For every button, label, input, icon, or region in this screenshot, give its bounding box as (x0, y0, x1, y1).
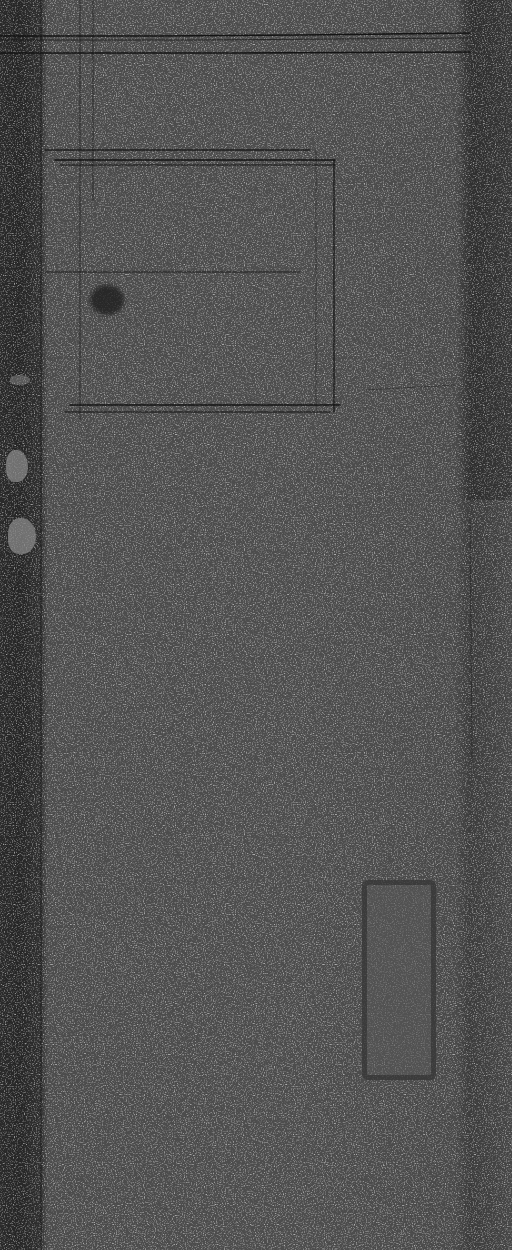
pavement-photo (0, 0, 512, 1250)
crack-lines (0, 0, 512, 1250)
